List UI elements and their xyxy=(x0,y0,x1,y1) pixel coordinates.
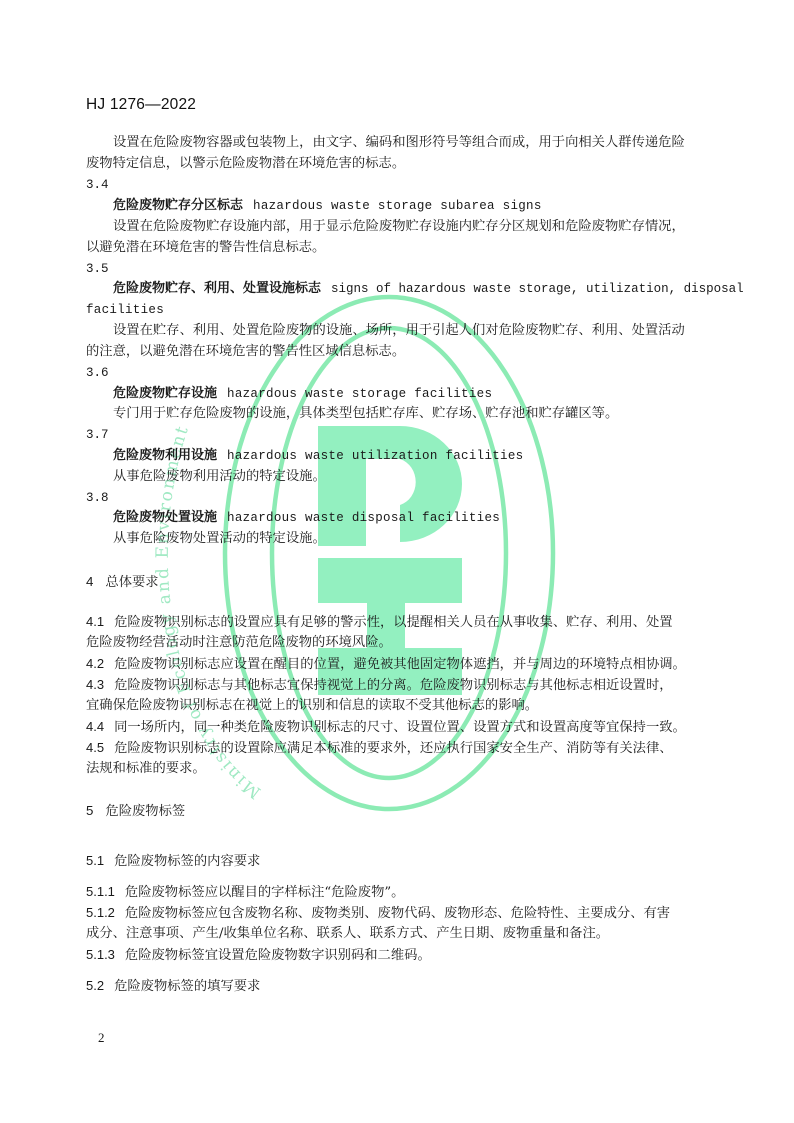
clause-number: 3.8 xyxy=(86,488,109,509)
definition-text: 专门用于贮存危险废物的设施，具体类型包括贮存库、贮存场、贮存池和贮存罐区等。 xyxy=(113,404,618,425)
clause: 5.1.3危险废物标签宜设置危险废物数字识别码和二维码。 xyxy=(86,945,431,967)
clause-text: 同一场所内，同一种类危险废物识别标志的尺寸、设置位置、设置方式和设置高度等宜保持… xyxy=(114,720,686,735)
term-english: hazardous waste storage subarea signs xyxy=(253,199,542,213)
clause-number: 4.5 xyxy=(86,740,104,755)
clause-text: 法规和标准的要求。 xyxy=(86,759,206,780)
clause: 5.1.1危险废物标签应以醒目的字样标注“危险废物”。 xyxy=(86,882,404,904)
term-chinese: 危险废物利用设施 xyxy=(113,448,217,463)
section-heading: 4总体要求 xyxy=(86,572,159,594)
term-entry: 危险废物贮存设施hazardous waste storage faciliti… xyxy=(113,384,492,405)
clause: 4.2危险废物识别标志应设置在醒目的位置，避免被其他固定物体遮挡，并与周边的环境… xyxy=(86,654,686,676)
subsection-heading: 5.2危险废物标签的填写要求 xyxy=(86,976,260,998)
definition-text: 废物特定信息，以警示危险废物潜在环境危害的标志。 xyxy=(86,154,405,175)
section-number: 4 xyxy=(86,574,93,589)
clause-text: 成分、注意事项、产生/收集单位名称、联系人、联系方式、产生日期、废物重量和备注。 xyxy=(86,924,609,945)
subsection-number: 5.1 xyxy=(86,853,104,868)
subsection-title: 危险废物标签的内容要求 xyxy=(114,854,260,869)
subsection-heading: 5.1危险废物标签的内容要求 xyxy=(86,851,260,873)
definition-text: 设置在贮存、利用、处置危险废物的设施、场所，用于引起人们对危险废物贮存、利用、处… xyxy=(113,321,685,342)
term-entry: 危险废物贮存分区标志hazardous waste storage subare… xyxy=(113,196,542,217)
term-entry: 危险废物处置设施hazardous waste disposal facilit… xyxy=(113,508,500,529)
clause: 4.1危险废物识别标志的设置应具有足够的警示性，以提醒相关人员在从事收集、贮存、… xyxy=(86,612,673,634)
definition-text: 从事危险废物处置活动的特定设施。 xyxy=(113,529,326,550)
term-entry: 危险废物贮存、利用、处置设施标志signs of hazardous waste… xyxy=(113,279,744,300)
clause-number: 5.1.1 xyxy=(86,884,115,899)
definition-text: 的注意，以避免潜在环境危害的警告性区域信息标志。 xyxy=(86,342,405,363)
section-number: 5 xyxy=(86,803,93,818)
clause-number: 5.1.3 xyxy=(86,947,115,962)
term-entry: 危险废物利用设施hazardous waste utilization faci… xyxy=(113,446,523,467)
clause-number: 3.6 xyxy=(86,363,109,384)
term-chinese: 危险废物贮存、利用、处置设施标志 xyxy=(113,281,321,296)
term-english: signs of hazardous waste storage, utiliz… xyxy=(331,282,744,296)
clause-number: 5.1.2 xyxy=(86,905,115,920)
term-english: hazardous waste disposal facilities xyxy=(227,511,500,525)
section-title: 总体要求 xyxy=(105,575,158,590)
clause-number: 4.1 xyxy=(86,614,104,629)
term-chinese: 危险废物贮存设施 xyxy=(113,386,217,401)
clause-text: 危险废物标签宜设置危险废物数字识别码和二维码。 xyxy=(125,948,431,963)
clause-text: 危险废物标签应包含废物名称、废物类别、废物代码、废物形态、危险特性、主要成分、有… xyxy=(125,906,670,921)
clause: 4.5危险废物识别标志的设置除应满足本标准的要求外，还应执行国家安全生产、消防等… xyxy=(86,738,673,760)
section-heading: 5危险废物标签 xyxy=(86,801,185,823)
term-english: facilities xyxy=(86,300,164,321)
term-chinese: 危险废物贮存分区标志 xyxy=(113,198,243,213)
clause-text: 危险废物标签应以醒目的字样标注“危险废物”。 xyxy=(125,885,405,900)
clause-number: 4.4 xyxy=(86,719,104,734)
section-title: 危险废物标签 xyxy=(105,804,185,819)
definition-text: 以避免潜在环境危害的警告性信息标志。 xyxy=(86,238,325,259)
term-chinese: 危险废物处置设施 xyxy=(113,510,217,525)
clause: 4.3危险废物识别标志与其他标志宜保持视觉上的分离。危险废物识别标志与其他标志相… xyxy=(86,675,673,697)
clause: 5.1.2危险废物标签应包含废物名称、废物类别、废物代码、废物形态、危险特性、主… xyxy=(86,903,670,925)
clause-number: 3.5 xyxy=(86,259,109,280)
clause-text: 危险废物识别标志的设置除应满足本标准的要求外，还应执行国家安全生产、消防等有关法… xyxy=(114,741,672,756)
subsection-title: 危险废物标签的填写要求 xyxy=(114,979,260,994)
definition-text: 设置在危险废物贮存设施内部，用于显示危险废物贮存设施内贮存分区规划和危险废物贮存… xyxy=(113,217,685,238)
definition-text: 设置在危险废物容器或包装物上，由文字、编码和图形符号等组合而成，用于向相关人群传… xyxy=(113,133,685,154)
document-page: Ministry of Ecology and Environment HJ 1… xyxy=(0,0,794,1123)
term-english: hazardous waste utilization facilities xyxy=(227,449,523,463)
clause-text: 危险废物识别标志应设置在醒目的位置，避免被其他固定物体遮挡，并与周边的环境特点相… xyxy=(114,657,686,672)
clause-number: 4.2 xyxy=(86,656,104,671)
clause-text: 危险废物识别标志的设置应具有足够的警示性，以提醒相关人员在从事收集、贮存、利用、… xyxy=(114,615,672,630)
definition-text: 从事危险废物利用活动的特定设施。 xyxy=(113,467,326,488)
clause-text: 危险废物经营活动时注意防范危险废物的环境风险。 xyxy=(86,633,392,654)
clause-number: 3.4 xyxy=(86,175,109,196)
clause-number: 4.3 xyxy=(86,677,104,692)
term-english: hazardous waste storage facilities xyxy=(227,387,492,401)
subsection-number: 5.2 xyxy=(86,978,104,993)
clause-text: 危险废物识别标志与其他标志宜保持视觉上的分离。危险废物识别标志与其他标志相近设置… xyxy=(114,678,672,693)
standard-code: HJ 1276—2022 xyxy=(86,96,196,114)
page-number: 2 xyxy=(98,1030,105,1046)
clause-number: 3.7 xyxy=(86,425,109,446)
clause-text: 宜确保危险废物识别标志在视觉上的识别和信息的读取不受其他标志的影响。 xyxy=(86,696,538,717)
clause: 4.4同一场所内，同一种类危险废物识别标志的尺寸、设置位置、设置方式和设置高度等… xyxy=(86,717,686,739)
